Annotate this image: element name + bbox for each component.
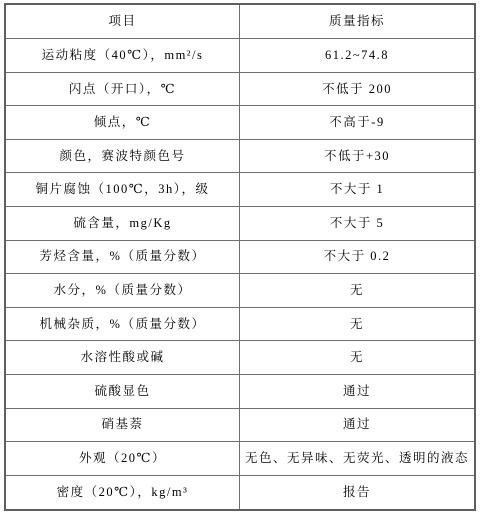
indicator-cell: 无 [240, 274, 475, 308]
item-cell: 闪点（开口），℃ [5, 72, 240, 106]
quality-spec-table: 项目 质量指标 运动粘度（40℃），mm²/s 61.2~74.8 闪点（开口）… [4, 3, 476, 511]
indicator-cell: 不低于+30 [240, 139, 475, 173]
table-row: 倾点，℃ 不高于-9 [5, 106, 475, 140]
table-row: 芳烃含量，%（质量分数） 不大于 0.2 [5, 240, 475, 274]
indicator-cell: 不高于-9 [240, 106, 475, 140]
table-row: 水溶性酸或碱 无 [5, 341, 475, 375]
item-cell: 密度（20℃），kg/m³ [5, 475, 240, 510]
item-cell: 颜色，赛波特颜色号 [5, 139, 240, 173]
header-item-cell: 项目 [5, 4, 240, 39]
item-cell: 水分，%（质量分数） [5, 274, 240, 308]
indicator-cell: 不低于 200 [240, 72, 475, 106]
indicator-cell: 通过 [240, 408, 475, 442]
table-row: 水分，%（质量分数） 无 [5, 274, 475, 308]
table-row: 闪点（开口），℃ 不低于 200 [5, 72, 475, 106]
item-cell: 水溶性酸或碱 [5, 341, 240, 375]
table-row: 颜色，赛波特颜色号 不低于+30 [5, 139, 475, 173]
indicator-cell: 不大于 0.2 [240, 240, 475, 274]
item-cell: 芳烃含量，%（质量分数） [5, 240, 240, 274]
table-row: 硫酸显色 通过 [5, 374, 475, 408]
table-row: 运动粘度（40℃），mm²/s 61.2~74.8 [5, 39, 475, 73]
table-row: 硫含量，mg/Kg 不大于 5 [5, 207, 475, 241]
item-cell: 倾点，℃ [5, 106, 240, 140]
indicator-cell: 不大于 5 [240, 207, 475, 241]
table-row: 铜片腐蚀（100℃，3h），级 不大于 1 [5, 173, 475, 207]
table-row: 外观（20℃） 无色、无异味、无荧光、透明的液态 [5, 442, 475, 476]
table-row: 硝基萘 通过 [5, 408, 475, 442]
header-row: 项目 质量指标 [5, 4, 475, 39]
indicator-cell: 通过 [240, 374, 475, 408]
item-cell: 硫酸显色 [5, 374, 240, 408]
indicator-cell: 无 [240, 307, 475, 341]
item-cell: 硫含量，mg/Kg [5, 207, 240, 241]
item-cell: 硝基萘 [5, 408, 240, 442]
indicator-cell: 报告 [240, 475, 475, 510]
table-row: 机械杂质，%（质量分数） 无 [5, 307, 475, 341]
indicator-cell: 无 [240, 341, 475, 375]
item-cell: 机械杂质，%（质量分数） [5, 307, 240, 341]
indicator-cell: 61.2~74.8 [240, 39, 475, 73]
indicator-cell: 不大于 1 [240, 173, 475, 207]
table-row: 密度（20℃），kg/m³ 报告 [5, 475, 475, 510]
item-cell: 运动粘度（40℃），mm²/s [5, 39, 240, 73]
item-cell: 铜片腐蚀（100℃，3h），级 [5, 173, 240, 207]
header-indicator-cell: 质量指标 [240, 4, 475, 39]
indicator-cell: 无色、无异味、无荧光、透明的液态 [240, 442, 475, 476]
item-cell: 外观（20℃） [5, 442, 240, 476]
